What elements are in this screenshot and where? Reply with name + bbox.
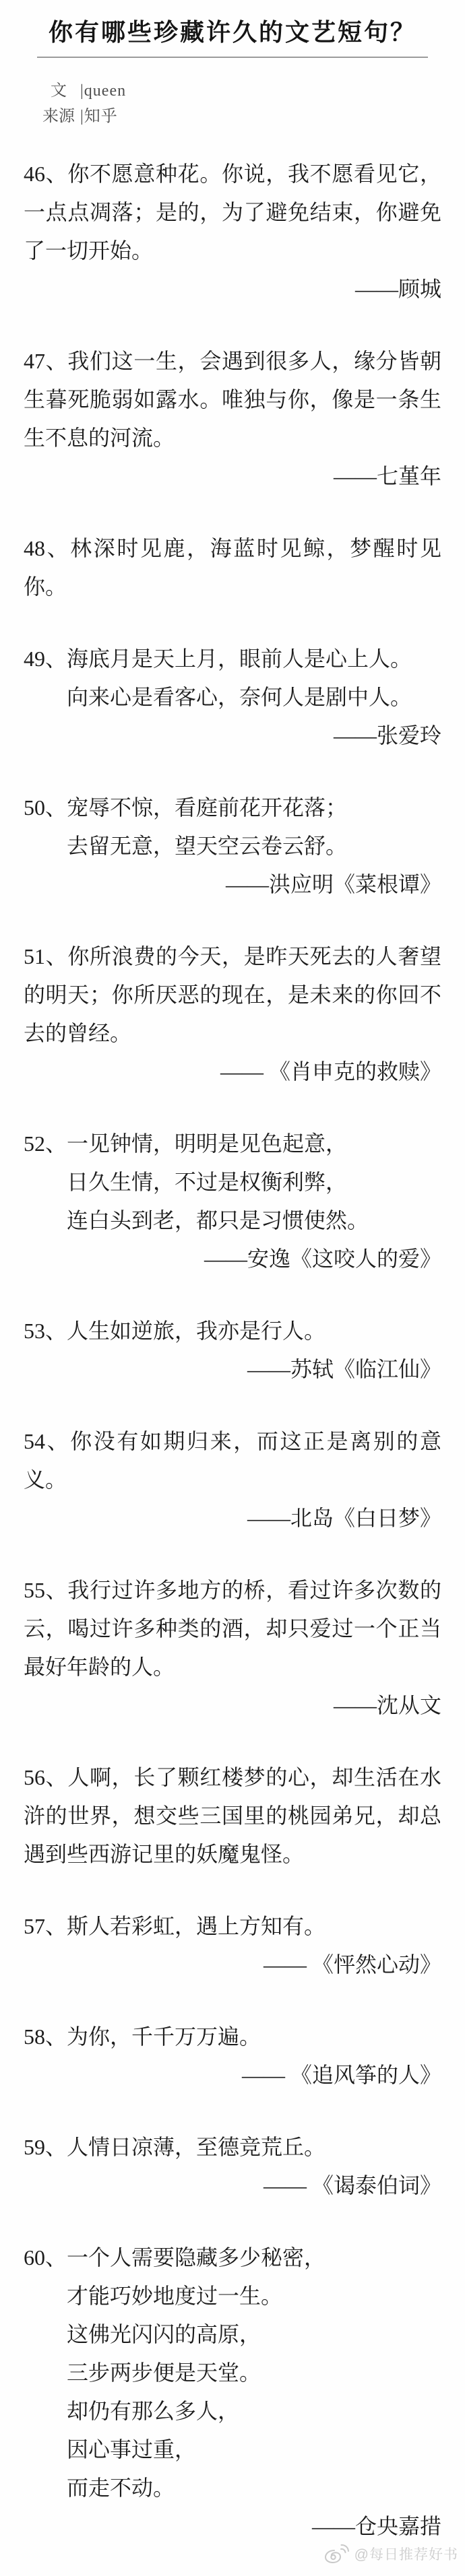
quote-number: 49、 (24, 647, 67, 671)
quote-number: 59、 (24, 2135, 67, 2159)
quote-text: 48、林深时见鹿，海蓝时见鲸，梦醒时见你。 (24, 529, 441, 606)
quote-text: 47、我们这一生，会遇到很多人，缘分皆朝生暮死脆弱如露水。唯独与你，像是一条生生… (24, 342, 441, 457)
quote-item-58: 58、为你，千千万万遍。 —— 《追风筝的人》 (24, 2018, 441, 2094)
quote-number: 55、 (24, 1578, 67, 1602)
quote-number: 51、 (24, 944, 67, 968)
verse-line: 三步两步便是天堂。 (24, 2354, 441, 2392)
source-value: |知乎 (80, 108, 118, 125)
source-label: 来源 (37, 104, 80, 129)
quote-attribution: —— 《怦然心动》 (24, 1946, 441, 1984)
quote-item-56: 56、人啊，长了颗红楼梦的心，却生活在水浒的世界，想交些三国里的桃园弟兄，却总遇… (24, 1758, 441, 1874)
quote-number: 53、 (24, 1319, 67, 1343)
quote-item-60: 60、一个人需要隐藏多少秘密， 才能巧妙地度过一生。 这佛光闪闪的高原， 三步两… (24, 2239, 441, 2546)
quote-body: 一见钟情，明明是见色起意， (67, 1131, 347, 1156)
quote-text: 55、我行过许多地方的桥，看过许多次数的云，喝过许多种类的酒，却只爱过一个正当最… (24, 1571, 441, 1686)
quote-attribution: ——沈从文 (24, 1686, 441, 1725)
verse-line: 这佛光闪闪的高原， (24, 2315, 441, 2354)
quote-attribution: ——苏轼《临江仙》 (24, 1350, 441, 1389)
quote-attribution: —— 《肖申克的救赎》 (24, 1053, 441, 1091)
quote-text: 51、你所浪费的今天，是昨天死去的人奢望的明天；你所厌恶的现在，是未来的你回不去… (24, 937, 441, 1053)
quote-body: 我们这一生，会遇到很多人，缘分皆朝生暮死脆弱如露水。唯独与你，像是一条生生不息的… (24, 349, 441, 450)
weibo-logo-icon (323, 2544, 349, 2564)
quote-list: 46、你不愿意种花。你说，我不愿看见它，一点点凋落；是的，为了避免结束，你避免了… (24, 155, 441, 2546)
quote-item-50: 50、宠辱不惊，看庭前花开花落； 去留无意，望天空云卷云舒。 ——洪应明《菜根谭… (24, 789, 441, 904)
quote-text: 54、你没有如期归来，而这正是离别的意义。 (24, 1422, 441, 1499)
quote-item-49: 49、海底月是天上月，眼前人是心上人。 向来心是看客心，奈何人是剧中人。 ——张… (24, 640, 441, 755)
watermark-handle: @每日推荐好书 (354, 2544, 458, 2564)
quote-text: 57、斯人若彩虹，遇上方知有。 (24, 1907, 441, 1946)
quote-body: 我行过许多地方的桥，看过许多次数的云，喝过许多种类的酒，却只爱过一个正当最好年龄… (24, 1578, 441, 1679)
quote-item-53: 53、人生如逆旅，我亦是行人。 ——苏轼《临江仙》 (24, 1312, 441, 1389)
quote-attribution: ——顾城 (24, 270, 441, 308)
quote-item-59: 59、人情日凉薄，至德竞荒丘。 —— 《谒泰伯词》 (24, 2128, 441, 2205)
quote-attribution: ——七堇年 (24, 457, 441, 496)
quote-body: 一个人需要隐藏多少秘密， (67, 2245, 325, 2270)
quote-body: 人啊，长了颗红楼梦的心，却生活在水浒的世界，想交些三国里的桃园弟兄，却总遇到些西… (24, 1765, 441, 1866)
verse-line: 49、海底月是天上月，眼前人是心上人。 (24, 640, 441, 678)
quote-item-55: 55、我行过许多地方的桥，看过许多次数的云，喝过许多种类的酒，却只爱过一个正当最… (24, 1571, 441, 1725)
quote-number: 48、 (24, 536, 70, 560)
title-divider (37, 57, 428, 58)
quote-body: 你所浪费的今天，是昨天死去的人奢望的明天；你所厌恶的现在，是未来的你回不去的曾经… (24, 944, 441, 1045)
quote-body: 你不愿意种花。你说，我不愿看见它，一点点凋落；是的，为了避免结束，你避免了一切开… (24, 162, 441, 263)
quote-number: 58、 (24, 2024, 67, 2049)
quote-item-46: 46、你不愿意种花。你说，我不愿看见它，一点点凋落；是的，为了避免结束，你避免了… (24, 155, 441, 308)
quote-number: 57、 (24, 1914, 67, 1938)
quote-number: 60、 (24, 2245, 67, 2270)
verse-line: 日久生情，不过是权衡利弊， (24, 1163, 441, 1201)
quote-body: 海底月是天上月，眼前人是心上人。 (67, 647, 412, 671)
source-row: 来源|知乎 (37, 104, 465, 129)
quote-text: 46、你不愿意种花。你说，我不愿看见它，一点点凋落；是的，为了避免结束，你避免了… (24, 155, 441, 270)
quote-number: 46、 (24, 162, 67, 186)
quote-item-57: 57、斯人若彩虹，遇上方知有。 —— 《怦然心动》 (24, 1907, 441, 1984)
quote-text: 53、人生如逆旅，我亦是行人。 (24, 1312, 441, 1350)
verse-line: 而走不动。 (24, 2469, 441, 2507)
quote-attribution: —— 《谒泰伯词》 (24, 2167, 441, 2205)
quote-text: 59、人情日凉薄，至德竞荒丘。 (24, 2128, 441, 2167)
weibo-watermark: @每日推荐好书 (323, 2544, 458, 2564)
quote-number: 56、 (24, 1765, 67, 1789)
quote-item-52: 52、一见钟情，明明是见色起意， 日久生情，不过是权衡利弊， 连白头到老，都只是… (24, 1125, 441, 1278)
quote-item-54: 54、你没有如期归来，而这正是离别的意义。 ——北岛《白日梦》 (24, 1422, 441, 1538)
verse-line: 50、宠辱不惊，看庭前花开花落； (24, 789, 441, 827)
verse-line: 却仍有那么多人， (24, 2392, 441, 2431)
article-page: 你有哪些珍藏许久的文艺短句？ 文|queen 来源|知乎 46、你不愿意种花。你… (0, 0, 465, 2576)
quote-number: 52、 (24, 1131, 67, 1156)
verse-line: 去留无意，望天空云卷云舒。 (24, 827, 441, 865)
quote-number: 54、 (24, 1429, 70, 1453)
byline-value: |queen (80, 82, 126, 100)
quote-item-51: 51、你所浪费的今天，是昨天死去的人奢望的明天；你所厌恶的现在，是未来的你回不去… (24, 937, 441, 1091)
quote-number: 50、 (24, 795, 67, 820)
verse-line: 52、一见钟情，明明是见色起意， (24, 1125, 441, 1163)
quote-item-48: 48、林深时见鹿，海蓝时见鲸，梦醒时见你。 (24, 529, 441, 606)
quote-attribution: —— 《追风筝的人》 (24, 2056, 441, 2094)
quote-body: 人生如逆旅，我亦是行人。 (67, 1319, 325, 1343)
quote-body: 宠辱不惊，看庭前花开花落； (67, 795, 347, 820)
byline-block: 文|queen 来源|知乎 (37, 78, 465, 129)
quote-attribution: ——安逸《这咬人的爱》 (24, 1240, 441, 1278)
quote-attribution: ——洪应明《菜根谭》 (24, 865, 441, 904)
verse-line: 60、一个人需要隐藏多少秘密， (24, 2239, 441, 2277)
quote-item-47: 47、我们这一生，会遇到很多人，缘分皆朝生暮死脆弱如露水。唯独与你，像是一条生生… (24, 342, 441, 496)
quote-text: 56、人啊，长了颗红楼梦的心，却生活在水浒的世界，想交些三国里的桃园弟兄，却总遇… (24, 1758, 441, 1874)
quote-body: 你没有如期归来，而这正是离别的意义。 (24, 1429, 441, 1492)
quote-attribution: ——张爱玲 (24, 717, 441, 755)
quote-body: 斯人若彩虹，遇上方知有。 (67, 1914, 325, 1938)
quote-text: 58、为你，千千万万遍。 (24, 2018, 441, 2056)
byline-row: 文|queen (37, 78, 465, 104)
page-title: 你有哪些珍藏许久的文艺短句？ (0, 0, 465, 47)
verse-line: 向来心是看客心，奈何人是剧中人。 (24, 678, 441, 717)
verse-line: 连白头到老，都只是习惯使然。 (24, 1201, 441, 1240)
quote-attribution: ——北岛《白日梦》 (24, 1499, 441, 1538)
quote-body: 林深时见鹿，海蓝时见鲸，梦醒时见你。 (24, 536, 441, 599)
quote-number: 47、 (24, 349, 67, 373)
quote-body: 为你，千千万万遍。 (67, 2024, 261, 2049)
verse-line: 因心事过重， (24, 2431, 441, 2469)
verse-line: 才能巧妙地度过一生。 (24, 2277, 441, 2315)
byline-label: 文 (37, 78, 80, 104)
quote-attribution: ——仓央嘉措 (24, 2507, 441, 2546)
quote-body: 人情日凉薄，至德竞荒丘。 (67, 2135, 325, 2159)
